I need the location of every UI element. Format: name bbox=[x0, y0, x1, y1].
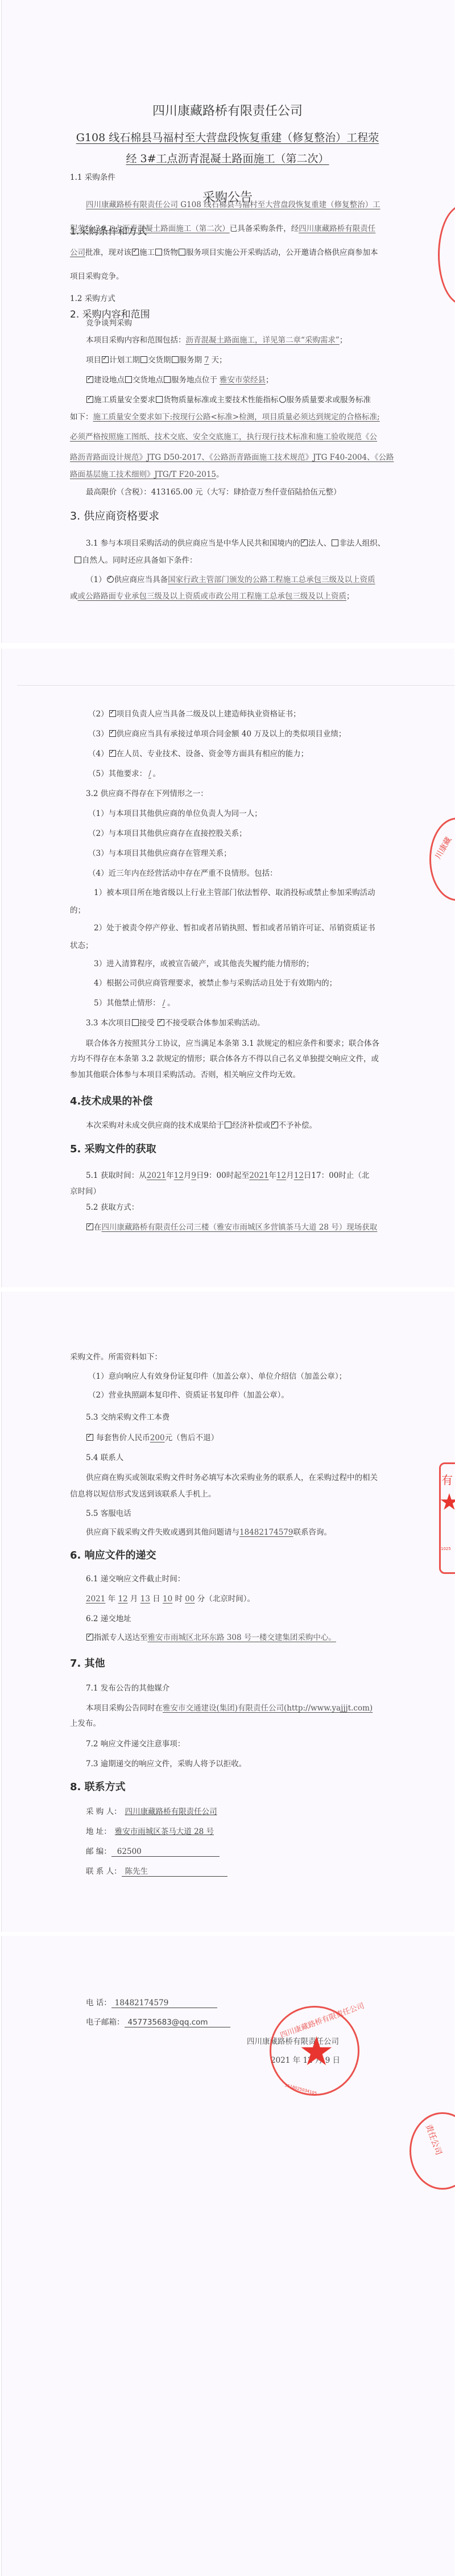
project-title-line2: 经 3#工点沥青混凝土路面施工（第二次） bbox=[126, 153, 329, 165]
sub-exclusion-4: 4）根据公司供应商管理要求，被禁止参与采购活动且处于有效期内的； bbox=[94, 976, 337, 988]
end-month: 12 bbox=[276, 1171, 286, 1180]
page-3 bbox=[1, 1292, 454, 1932]
s5-2-method: 在四川康藏路桥有限责任公司三楼（雅安市雨城区多营镇茶马大道 28 号）现场获取 bbox=[86, 1221, 377, 1232]
s6-2-value: 雅安市雨城区北环东路 308 号一楼交建集团采购中心。 bbox=[148, 1633, 336, 1642]
media-line: 本项目采购公告同时在雅安市交通建设(集团)有限责任公司(http://www.y… bbox=[86, 1701, 373, 1713]
quality-opt1: 施工质量安全要求 bbox=[94, 395, 155, 405]
company-title: 四川康藏路桥有限责任公司 bbox=[0, 101, 455, 119]
checkbox-delivery-period[interactable] bbox=[140, 356, 147, 363]
s1-1-text2: 批准，现对该 bbox=[85, 248, 131, 257]
section4-heading: 4.技术成果的补偿 bbox=[70, 1093, 152, 1108]
deadline-line: 2021 年 12 月 13 日 10 时 00 分（北京时间）。 bbox=[86, 1592, 255, 1604]
s5-4-heading: 5.4 联系人 bbox=[86, 1451, 123, 1462]
req4-text: 在人员、专业技术、设备、资金等方面具有相应的能力； bbox=[117, 749, 309, 759]
s4-opt1: 经济补偿或 bbox=[232, 1121, 271, 1130]
d-label2: 日 bbox=[304, 1171, 312, 1180]
req5-label: （5）其他要求： bbox=[88, 769, 147, 778]
approver-cont: 公司 bbox=[70, 248, 85, 257]
quality-line: 施工质量安全要求货物质量标准或主要技术性能指标服务质量要求或服务标准 bbox=[86, 393, 371, 405]
checkbox-economic-comp[interactable] bbox=[225, 1122, 231, 1128]
checkbox-service[interactable] bbox=[179, 249, 185, 255]
period-prefix: 项目 bbox=[86, 356, 101, 365]
project-name-cont: 程荥经 3#工点沥青混凝土路面施工（第二次） bbox=[70, 224, 230, 233]
s4-text: 本次采购对未成交供应商的技术成果给于经济补偿或不予补偿。 bbox=[86, 1119, 317, 1130]
section5-heading: 5. 采购文件的获取 bbox=[70, 1141, 156, 1156]
media-label: 本项目采购公告同时在 bbox=[86, 1704, 163, 1713]
s3-2-heading: 3.2 供应商不得存在下列情形之一： bbox=[86, 787, 208, 798]
d-label: 日 bbox=[196, 1171, 204, 1180]
checkbox-quality-service[interactable] bbox=[279, 396, 286, 403]
media-line2: 上发布。 bbox=[70, 1717, 101, 1728]
s1-1-para-line2: 程荥经 3#工点沥青混凝土路面施工（第二次）已具备采购条件，经四川康藏路桥有限责… bbox=[70, 222, 375, 233]
sub-exclusion-3: 3）进入清算程序，或被宣告破产，或其他丧失履约能力情形的； bbox=[94, 957, 314, 968]
section2-heading: 2. 采购内容和范围 bbox=[70, 306, 150, 320]
end-time: 17：00 bbox=[311, 1171, 338, 1180]
contact-purchaser: 采 购 人：四川康藏路桥有限责任公司 bbox=[86, 1805, 227, 1816]
deadline-min: 00 bbox=[185, 1594, 195, 1604]
deadline-tail: （北京时间）。 bbox=[205, 1594, 255, 1604]
s5-2-address: 四川康藏路桥有限责任公司三楼（雅安市雨城区多营镇茶马大道 28 号）现场获取 bbox=[102, 1223, 378, 1232]
checkbox-req3[interactable] bbox=[109, 730, 116, 737]
deadline-hour: 10 bbox=[163, 1594, 172, 1604]
contact-email: 电子邮箱：457735683@qq.com bbox=[86, 2016, 230, 2027]
quality-opt3: 服务质量要求或服务标准 bbox=[287, 395, 371, 405]
person-label: 联 系 人： bbox=[86, 1867, 122, 1876]
seal-star-fragment: ★ bbox=[439, 1491, 455, 1514]
req1-qualification-cont: 或公路路面专业承包三级及以上资质或市政公用工程施工总承包三级及以上资质 bbox=[78, 592, 347, 601]
s5-1-line1: 5.1 获取时间：从2021年12月9日9：00时起至2021年12月12日17… bbox=[86, 1169, 369, 1180]
s3-1-text: 3.1 参与本项目采购活动的供应商应当是中华人民共和国境内的 bbox=[86, 539, 300, 548]
postcode-label: 邮 编： bbox=[86, 1847, 111, 1856]
dl-d: 日 bbox=[150, 1594, 163, 1604]
contact-phone: 电 话：18482174579 bbox=[86, 1996, 217, 2008]
opt-service-label: 服务项目实施公开采购活动，公开邀请合格供应商参加本 bbox=[186, 248, 378, 257]
checkbox-req1[interactable] bbox=[107, 576, 114, 583]
contact-address: 地 址：雅安市雨城区茶马大道 28 号 bbox=[86, 1825, 217, 1836]
contact-text-2: 信息将以短信形式发送到该联系人手机上。 bbox=[70, 1487, 216, 1499]
location-line: 建设地点交货地点服务地点位于雅安市荥经县； bbox=[86, 373, 274, 385]
s6-2-address: 指派专人送达至雅安市雨城区北环东路 308 号一楼交建集团采购中心。 bbox=[86, 1631, 336, 1642]
start-tail: 时起至 bbox=[226, 1171, 250, 1180]
req5-value: / bbox=[147, 769, 153, 778]
sub-exclusion-1a: 1）被本项目所在地省级以上行业主管部门依法暂停、取消投标或禁止参加采购活动 bbox=[94, 886, 375, 897]
checkbox-delivery-site[interactable] bbox=[125, 376, 132, 383]
exclusion-1: （1）与本项目其他供应商的单位负责人为同一人； bbox=[88, 807, 262, 818]
s7-1-heading: 7.1 发布公告的其他媒介 bbox=[86, 1681, 169, 1693]
seal-star-icon: ★ bbox=[299, 2031, 334, 2071]
s5-2-cont: 采购文件。所需资料如下： bbox=[70, 1350, 162, 1362]
checkbox-reject-consortium[interactable] bbox=[158, 1019, 164, 1026]
seal-code-fragment: 1025 bbox=[441, 1547, 451, 1551]
person-value: 陈先生 bbox=[122, 1865, 227, 1877]
s6-2-heading: 6.2 递交地址 bbox=[86, 1612, 131, 1623]
quality-text-1: 如下：施工质量安全要求如下:按现行公路<标准>检测，项目质量必须达到规定的合格标… bbox=[70, 410, 380, 422]
hotline-label: 供应商下载采购文件失败或遇到其他问题请与 bbox=[86, 1528, 239, 1537]
checkbox-quality-construction[interactable] bbox=[86, 396, 93, 403]
s1-1-para-line3: 公司批准，现对该施工货物服务项目实施公开采购活动，公开邀请合格供应商参加本 bbox=[70, 246, 378, 257]
req1-prefix: （1） bbox=[86, 575, 106, 584]
contact-postcode: 邮 编：62500 bbox=[86, 1845, 220, 1857]
loc-opt2: 交货地点 bbox=[133, 376, 163, 385]
section8-heading: 8. 联系方式 bbox=[70, 1779, 126, 1794]
checkbox-onsite[interactable] bbox=[86, 1223, 93, 1230]
checkbox-req4[interactable] bbox=[109, 750, 116, 757]
start-year: 2021 bbox=[147, 1171, 166, 1180]
reject-label: 不接受联合体参加采购活动。 bbox=[165, 1019, 265, 1028]
checkbox-quality-goods[interactable] bbox=[156, 396, 163, 403]
checkbox-accept-consortium[interactable] bbox=[132, 1019, 139, 1026]
period-opt1: 计划工期 bbox=[109, 356, 140, 365]
fee-value: 200 bbox=[150, 1433, 165, 1442]
sub5-value: / bbox=[160, 999, 168, 1008]
purchaser-label: 采 购 人： bbox=[86, 1807, 122, 1816]
s1-1-para-line4: 项目采购竞争。 bbox=[70, 270, 124, 281]
checkbox-natural-person[interactable] bbox=[75, 557, 81, 563]
checkbox-no-comp[interactable] bbox=[271, 1122, 278, 1128]
purchaser-value: 四川康藏路桥有限责任公司 bbox=[122, 1805, 227, 1816]
s4-prefix: 本次采购对未成交供应商的技术成果给于 bbox=[86, 1121, 224, 1130]
sub-exclusion-2a: 2）处于被责令停产停业、暂扣或者吊销执照、暂扣或者吊销许可证、吊销资质证书 bbox=[94, 921, 375, 933]
section6-heading: 6. 响应文件的递交 bbox=[70, 1547, 156, 1562]
consortium-2: 方均不得存在本条第 3.2 款规定的情形；联合体各方不得以自己名义单独提交响应文… bbox=[70, 1052, 379, 1064]
m-label: 月 bbox=[184, 1171, 192, 1180]
section7-heading: 7. 其他 bbox=[70, 1655, 105, 1670]
quality-text-4-value: 路面基层施工技术细则》JTG/T F20-2015 bbox=[70, 470, 216, 479]
s7-3: 7.3 逾期递交的响应文件，采购人将予以拒收。 bbox=[86, 1757, 246, 1769]
page-header-rule bbox=[17, 685, 455, 686]
s6-2-prefix: 指派专人送达至 bbox=[94, 1633, 148, 1642]
email-value: 457735683@qq.com bbox=[125, 2018, 230, 2027]
deadline-month: 12 bbox=[118, 1594, 127, 1604]
s5-2-prefix: 在 bbox=[94, 1223, 102, 1232]
project-name-link: 四川康藏路桥有限责任公司 G108 线石棉县马福村至大营盘段恢复重建（修复整治）… bbox=[86, 200, 380, 209]
req3-text: 供应商应当具有承接过单项合同金额 40 万及以上的类似项目业绩； bbox=[117, 729, 346, 739]
checkbox-goods[interactable] bbox=[155, 249, 162, 255]
section3-heading: 3. 供应商资格要求 bbox=[70, 508, 159, 523]
loc-value: 雅安市荥经县 bbox=[217, 376, 266, 385]
address-label: 地 址： bbox=[86, 1827, 111, 1836]
doc-item-1: （1）意向响应人有效身份证复印件（加盖公章）、单位介绍信（加盖公章）； bbox=[88, 1370, 346, 1381]
scope-label: 本项目采购内容和范围包括： bbox=[86, 336, 186, 345]
opt-construction-label: 施工 bbox=[139, 248, 155, 257]
hotline-number: 18482174579 bbox=[239, 1528, 293, 1537]
start-time: 9：00 bbox=[204, 1171, 226, 1180]
checkbox-deliver[interactable] bbox=[86, 1634, 93, 1641]
project-title-2: 经 3#工点沥青混凝土路面施工（第二次） bbox=[0, 150, 455, 168]
quality-text-3: 路沥青路面设计规范》JTG D50-2017、《公路沥青路面施工技术规范》JTG… bbox=[70, 451, 394, 462]
hotline-tail: 联系咨询。 bbox=[293, 1528, 332, 1537]
opt-goods-label: 货物 bbox=[163, 248, 178, 257]
req3: （3）供应商应当具有承接过单项合同金额 40 万及以上的类似项目业绩； bbox=[88, 727, 346, 739]
s4-opt2: 不予补偿。 bbox=[279, 1121, 317, 1130]
s1-1-heading: 1.1 采购条件 bbox=[70, 171, 115, 182]
checkbox-req2[interactable] bbox=[109, 710, 116, 717]
s7-2: 7.2 响应文件递交注意事项： bbox=[86, 1737, 185, 1749]
end-day: 12 bbox=[294, 1171, 304, 1180]
contact-text-1: 供应商在购买或领取采购文件时务必填写本次采购业务的联系人，在采购过程中的相关 bbox=[86, 1471, 378, 1482]
req1-line2: 或或公路路面专业承包三级及以上资质或市政公用工程施工总承包三级及以上资质； bbox=[70, 590, 354, 601]
deadline-day: 13 bbox=[140, 1594, 150, 1604]
fee-line: 每套售价人民币200元（售后不退） bbox=[86, 1431, 218, 1442]
m-label2: 月 bbox=[286, 1171, 294, 1180]
sub-exclusion-2b: 状态； bbox=[70, 939, 93, 950]
req5-end: 。 bbox=[153, 769, 161, 778]
start-month: 12 bbox=[174, 1171, 184, 1180]
scope-end: ； bbox=[340, 336, 348, 345]
s1-2-heading: 1.2 采购方式 bbox=[70, 292, 115, 303]
req1-line1: （1）供应商应当具备国家行政主管部门颁发的公路工程施工总承包三级及以上资质 bbox=[86, 573, 375, 584]
req2: （2）项目负责人应当具备二级及以上建造师执业资格证书； bbox=[88, 707, 301, 719]
quality-opt2: 货物质量标准或主要技术性能指标 bbox=[163, 395, 279, 405]
quality-prefix: 如下： bbox=[70, 413, 93, 422]
quality-end: 。 bbox=[216, 470, 224, 479]
s5-2-heading: 5.2 获取方式： bbox=[86, 1201, 139, 1212]
s3-3: 3.3 本次项目接受 不接受联合体参加采购活动。 bbox=[86, 1016, 265, 1028]
deadline-year: 2021 bbox=[86, 1594, 105, 1604]
dl-m: 月 bbox=[128, 1594, 140, 1604]
s5-1-line2: 京时间） bbox=[70, 1185, 101, 1196]
loc-end: ； bbox=[266, 376, 274, 385]
opt-natural: 自然人。同时还应具备如下条件： bbox=[82, 556, 197, 565]
checkbox-non-legal[interactable] bbox=[332, 539, 338, 546]
s3-1-line2: 自然人。同时还应具备如下条件： bbox=[74, 554, 197, 565]
req3-prefix: （3） bbox=[88, 729, 109, 739]
max-price: 最高限价（含税）：413165.00 元（大写：肆拾壹万叁仟壹佰陆拾伍元整） bbox=[86, 485, 341, 497]
email-label: 电子邮箱： bbox=[86, 2018, 125, 2027]
req1-qualification: 国家行政主管部门颁发的公路工程施工总承包三级及以上资质 bbox=[168, 575, 375, 584]
exclusion-2: （2）与本项目其他供应商存在直接控股关系； bbox=[88, 827, 247, 838]
period-unit: 天； bbox=[212, 356, 227, 365]
period-value: 7 bbox=[202, 356, 212, 365]
checkbox-plan-period[interactable] bbox=[102, 356, 109, 363]
checkbox-construction[interactable] bbox=[132, 249, 139, 255]
phone-label: 电 话： bbox=[86, 1998, 111, 2008]
y-label2: 年 bbox=[269, 1171, 277, 1180]
period-opt2: 交货期 bbox=[148, 356, 171, 365]
s3-3-text: 3.3 本次项目 bbox=[86, 1019, 131, 1028]
start-day: 9 bbox=[191, 1171, 196, 1180]
exclusion-3: （3）与本项目其他供应商存在管理关系； bbox=[88, 847, 231, 858]
scope-line: 本项目采购内容和范围包括：沥青混凝土路面施工，详见第二章“采购需求”； bbox=[86, 333, 347, 345]
req1-text: 供应商应当具备 bbox=[114, 575, 168, 584]
dl-y: 年 bbox=[105, 1594, 118, 1604]
project-title-line1: G108 线石棉县马福村至大营盘段恢复重建（修复整治）工程荥 bbox=[76, 131, 379, 144]
contact-person: 联 系 人：陈先生 bbox=[86, 1865, 227, 1877]
s1-1-para-line1: 四川康藏路桥有限责任公司 G108 线石棉县马福村至大营盘段恢复重建（修复整治）… bbox=[86, 198, 380, 209]
fee-label: 每套售价人民币 bbox=[96, 1433, 150, 1442]
s5-1-label: 5.1 获取时间：从 bbox=[86, 1171, 147, 1180]
period-line: 项目计划工期交货期服务期7天； bbox=[86, 353, 227, 365]
quality-text-4: 路面基层施工技术细则》JTG/T F20-2015。 bbox=[70, 468, 224, 479]
req1-end: ； bbox=[346, 592, 354, 601]
sub5-label: 5）其他禁止情形： bbox=[94, 999, 160, 1008]
hotline-line: 供应商下载采购文件失败或遇到其他问题请与18482174579联系咨询。 bbox=[86, 1526, 332, 1537]
req2-prefix: （2） bbox=[88, 710, 109, 719]
address-value: 雅安市雨城区茶马大道 28 号 bbox=[111, 1825, 217, 1836]
req4-prefix: （4） bbox=[88, 749, 109, 759]
s3-1-line1: 3.1 参与本项目采购活动的供应商应当是中华人民共和国境内的法人、非法人组织、 bbox=[86, 537, 385, 548]
media-link: 雅安市交通建设(集团)有限责任公司(http://www.yajjjt.com) bbox=[163, 1704, 373, 1713]
exclusion-4: （4）近三年内在经营活动中存在严重不良情形。包括： bbox=[88, 867, 278, 878]
quality-text-2-value: 必须严格按照施工图纸、技术交底、安全交底施工，执行现行技术标准和施工验收规范《公 bbox=[70, 432, 377, 442]
period-opt3: 服务期 bbox=[179, 356, 202, 365]
quality-text-3-value: 路沥青路面设计规范》JTG D50-2017、《公路沥青路面施工技术规范》JTG… bbox=[70, 453, 394, 462]
doc-item-2: （2）营业执照副本复印件、资质证书复印件（加盖公章）。 bbox=[88, 1388, 289, 1400]
approver: 四川康藏路桥有限责任 bbox=[299, 224, 375, 233]
checkbox-service-period[interactable] bbox=[172, 356, 179, 363]
sub-exclusion-1b: 的； bbox=[70, 904, 85, 915]
sub-exclusion-5: 5）其他禁止情形：/。 bbox=[94, 996, 175, 1008]
end-tail: 时止（北 bbox=[338, 1171, 369, 1180]
consortium-3: 参加其他联合体参与本项目采购活动。否则，相关响应文件均无效。 bbox=[70, 1068, 300, 1079]
sub5-end: 。 bbox=[167, 999, 175, 1008]
checkbox-fee[interactable] bbox=[86, 1434, 93, 1441]
req2-text: 项目负责人应当具备二级及以上建造师执业资格证书； bbox=[117, 710, 301, 719]
y-label: 年 bbox=[166, 1171, 174, 1180]
checkbox-legal-person[interactable] bbox=[301, 539, 308, 546]
seal-fragment-char: 有 bbox=[441, 1471, 453, 1487]
opt-nonlegal: 非法人组织、 bbox=[339, 539, 385, 548]
quality-text-1-value: 施工质量安全要求如下:按现行公路<标准>检测，项目质量必须达到规定的合格标准; bbox=[93, 413, 380, 422]
loc-opt3: 服务地点位于 bbox=[171, 376, 217, 385]
quality-text-2: 必须严格按照施工图纸、技术交底、安全交底施工，执行现行技术标准和施工验收规范《公 bbox=[70, 430, 377, 442]
dl-h: 时 bbox=[172, 1594, 185, 1604]
fee-tail: 元（售后不退） bbox=[165, 1433, 219, 1442]
phone-value: 18482174579 bbox=[111, 1998, 217, 2008]
checkbox-build-site[interactable] bbox=[86, 376, 93, 383]
s1-1-text: 已具备采购条件，经 bbox=[230, 224, 299, 233]
project-title: G108 线石棉县马福村至大营盘段恢复重建（修复整治）工程荥 bbox=[0, 129, 455, 147]
end-year: 2021 bbox=[249, 1171, 268, 1180]
opt-legal: 法人、 bbox=[308, 539, 332, 548]
accept-label: 接受 bbox=[139, 1019, 155, 1028]
consortium-1: 联合体各方按照其分工协议，应当满足本条第 3.1 款规定的相应条件和要求；联合体… bbox=[86, 1037, 379, 1048]
req1-or: 或 bbox=[70, 592, 78, 601]
checkbox-service-site[interactable] bbox=[164, 376, 171, 383]
req5: （5）其他要求：/。 bbox=[88, 767, 160, 778]
req4: （4）在人员、专业技术、设备、资金等方面具有相应的能力； bbox=[88, 747, 308, 759]
scope-value: 沥青混凝土路面施工，详见第二章“采购需求” bbox=[186, 336, 340, 345]
dl-min: 分 bbox=[195, 1594, 205, 1604]
s5-3-heading: 5.3 交纳采购文件工本费 bbox=[86, 1411, 169, 1422]
loc-opt1: 建设地点 bbox=[94, 376, 125, 385]
page-4 bbox=[1, 1936, 454, 2576]
s5-5-heading: 5.5 客服电话 bbox=[86, 1507, 131, 1518]
postcode-value: 62500 bbox=[111, 1847, 220, 1857]
s6-1-heading: 6.1 递交响应文件截止时间： bbox=[86, 1572, 185, 1584]
